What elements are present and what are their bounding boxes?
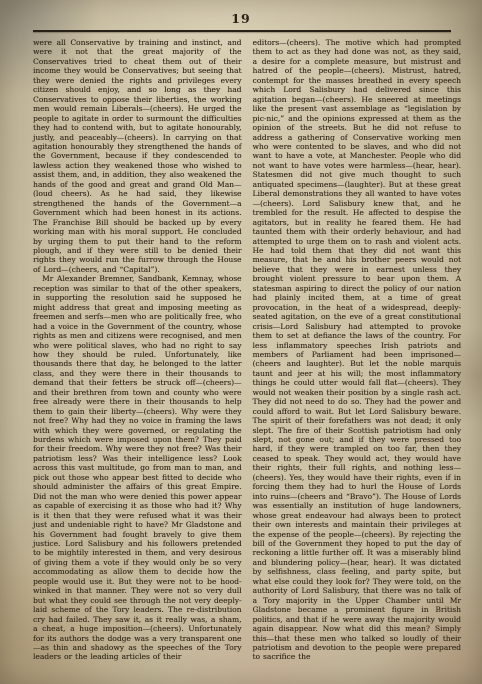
paragraph-bremner-speech: Mr Alexander Bremner, Sandbank, Kemnay, …: [33, 274, 242, 662]
scanned-newspaper-page: 19 were all Conservative by training and…: [0, 0, 482, 684]
right-column: editors—(cheers). The motive which had p…: [253, 38, 462, 662]
paragraph-continuation: editors—(cheers). The motive which had p…: [253, 38, 462, 662]
text-columns: were all Conservative by training and in…: [33, 38, 461, 662]
page-number: 19: [0, 0, 482, 26]
header-rule: [33, 30, 451, 32]
left-column: were all Conservative by training and in…: [33, 38, 242, 662]
paragraph-continuation: were all Conservative by training and in…: [33, 38, 242, 274]
